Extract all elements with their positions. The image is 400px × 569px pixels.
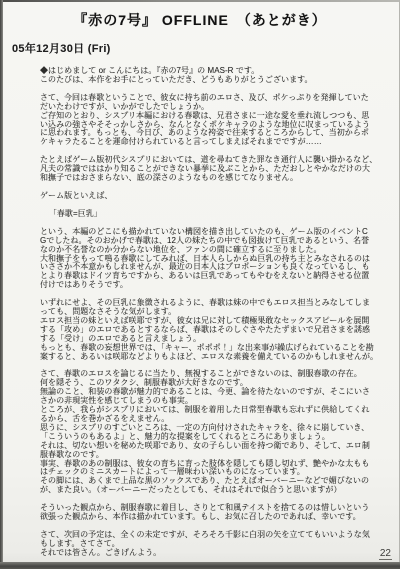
afterword-body: ◆はじめまして or こんにちは。『赤の7号』の MAS-R です。 このたびは… (40, 67, 393, 558)
body-paragraph: ◆はじめまして or こんにちは。『赤の7号』の MAS-R です。 このたびは… (40, 67, 393, 85)
body-paragraph-quote: 「春歌=巨乳」 (40, 210, 393, 219)
page-title: 『赤の7号』 OFFLINE （あとがき） (10, 10, 390, 30)
scanned-page: 『赤の7号』 OFFLINE （あとがき） 05年12月30日 (Fri) ◆は… (0, 0, 400, 569)
body-paragraph: いずれにせよ、その巨乳に象徴されるように、春歌は妹の中でもエロス担当とみなしてし… (40, 299, 393, 361)
body-paragraph: さて、今回は春歌ということで、彼女に持ち前のエロさ、及び、ポケっぷりを発揮してい… (40, 94, 393, 147)
body-paragraph: さて、春歌のエロスを論じるに当たり、無視することができないのは、制服春歌の存在。… (40, 370, 393, 495)
scan-edge-left (0, 0, 3, 569)
date-line: 05年12月30日 (Fri) (12, 40, 400, 56)
body-paragraph: さて、次回の予定は、全くの未定ですが、そろそろ千影に白羽の矢を立ててもいいような… (40, 531, 393, 558)
page-number: 22 (379, 548, 392, 560)
body-paragraph: ゲーム版といえば、 (40, 192, 393, 201)
body-paragraph: たとえばゲーム版初代シスプリにおいては、道を尋ねてきた罪なき通行人に襲い掛かるな… (40, 156, 393, 183)
scan-edge-bottom (0, 562, 400, 569)
body-paragraph: という、本編のどこにも描かれていない構図を描き出していたのも、ゲーム版のイベント… (40, 228, 393, 290)
body-paragraph: そういった観点から、制服春歌に着目し、さりとて和風テイストを捨てるのは惜しいとい… (40, 504, 393, 522)
scan-edge-top (0, 0, 400, 2)
